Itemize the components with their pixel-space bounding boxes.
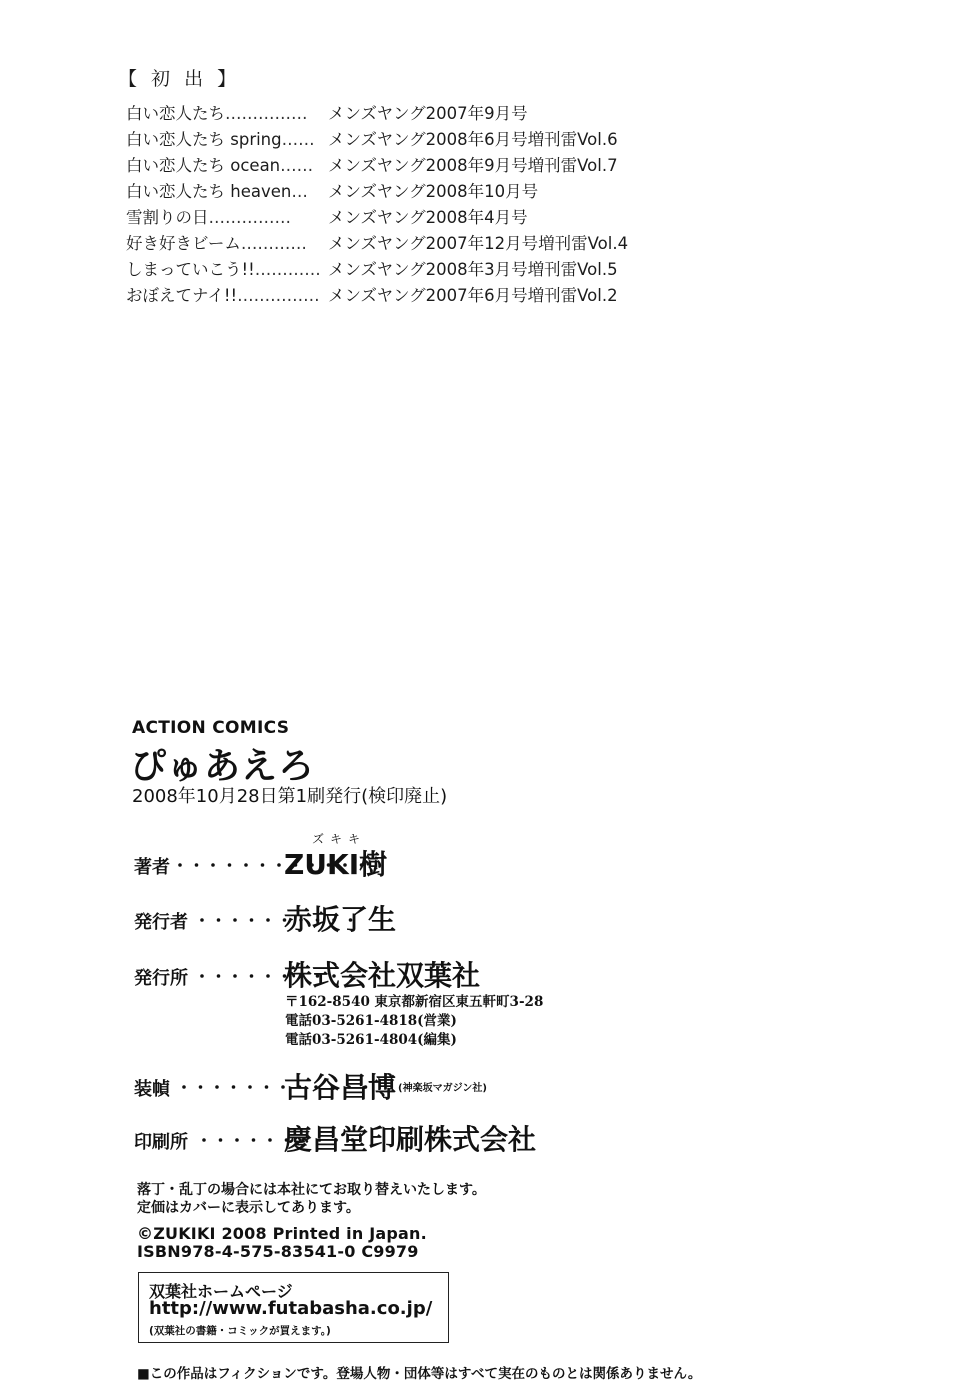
leader-dots: … [291,182,308,201]
copyright: ©ZUKIKI 2008 Printed in Japan. [137,1224,427,1243]
fiction-disclaimer: ■この作品はフィクションです。登場人物・団体等はすべて実在のものとは関係ありませ… [137,1362,701,1382]
list-item: 白い恋人たち spring…… メンズヤング2008年6月号増刊雷Vol.6 [126,126,315,152]
story-title: 白い恋人たち spring [126,126,282,150]
leader-dots: …… [280,156,313,175]
phone-editorial: 電話03-5261-4804(編集) [285,1028,457,1048]
author-name: ZUKI樹 [284,843,387,883]
story-title: 白い恋人たち ocean [126,152,280,176]
story-source: メンズヤング2008年9月号増刊雷Vol.7 [328,152,618,176]
designer-name: 古谷昌博 [284,1066,396,1106]
list-item: 白い恋人たち…………… メンズヤング2007年9月号 [126,100,308,126]
leader-dots: …………… [209,208,292,227]
leader-dots: ………… [241,234,307,253]
story-source: メンズヤング2007年12月号増刊雷Vol.4 [328,230,628,254]
publishing-house-name: 株式会社双葉社 [284,954,480,994]
homepage-url[interactable]: http://www.futabasha.co.jp/ [149,1298,432,1319]
story-source: メンズヤング2007年6月号増刊雷Vol.2 [328,282,618,306]
story-source: メンズヤング2008年3月号増刊雷Vol.5 [328,256,618,280]
designer-affiliation: (神楽坂マガジン社) [398,1079,487,1094]
story-title: おぼえてナイ!! [126,282,237,306]
story-source: メンズヤング2008年6月号増刊雷Vol.6 [328,126,618,150]
design-label: 装幀 [134,1075,170,1101]
price-notice: 定価はカバーに表示してあります。 [137,1197,360,1217]
story-source: メンズヤング2008年10月号 [328,178,538,202]
publisher-label: 発行者 [134,908,188,934]
list-item: 好き好きビーム………… メンズヤング2007年12月号増刊雷Vol.4 [126,230,307,256]
leader-dots: …………… [237,286,320,305]
replacement-notice: 落丁・乱丁の場合には本社にてお取り替えいたします。 [137,1179,486,1199]
isbn: ISBN978-4-575-83541-0 C9979 [137,1242,419,1261]
publisher-address: 〒162-8540 東京都新宿区東五軒町3-28 [285,990,543,1010]
story-title: 白い恋人たち [126,100,225,124]
story-title: 白い恋人たち heaven [126,178,291,202]
printer-label: 印刷所 [134,1128,188,1154]
story-title: 雪割りの日 [126,204,209,228]
printer-name: 慶昌堂印刷株式会社 [284,1118,536,1158]
leader-dots: …… [282,130,315,149]
author-label: 著者 [134,853,170,879]
story-title: 好き好きビーム [126,230,241,254]
homepage-note: (双葉社の書籍・コミックが買えます。) [149,1323,331,1338]
leader-dots: ………… [255,260,321,279]
list-item: おぼえてナイ!!…………… メンズヤング2007年6月号増刊雷Vol.2 [126,282,320,308]
story-source: メンズヤング2007年9月号 [328,100,528,124]
list-item: 白い恋人たち heaven… メンズヤング2008年10月号 [126,178,308,204]
story-title: しまっていこう!! [126,256,255,280]
publication-date: 2008年10月28日第1刷発行(検印廃止) [132,782,447,808]
series-name: ACTION COMICS [132,718,289,738]
publishing-house-label: 発行所 [134,964,188,990]
homepage-box: 双葉社ホームページ http://www.futabasha.co.jp/ (双… [138,1272,449,1343]
list-item: 白い恋人たち ocean…… メンズヤング2008年9月号増刊雷Vol.7 [126,152,313,178]
publisher-name: 赤坂了生 [284,898,396,938]
phone-sales: 電話03-5261-4818(営業) [285,1009,457,1029]
list-item: しまっていこう!!………… メンズヤング2008年3月号増刊雷Vol.5 [126,256,321,282]
first-appearance-heading: 【 初 出 】 [118,64,240,91]
leader-dots: …………… [225,104,308,123]
story-source: メンズヤング2008年4月号 [328,204,528,228]
list-item: 雪割りの日…………… メンズヤング2008年4月号 [126,204,291,230]
